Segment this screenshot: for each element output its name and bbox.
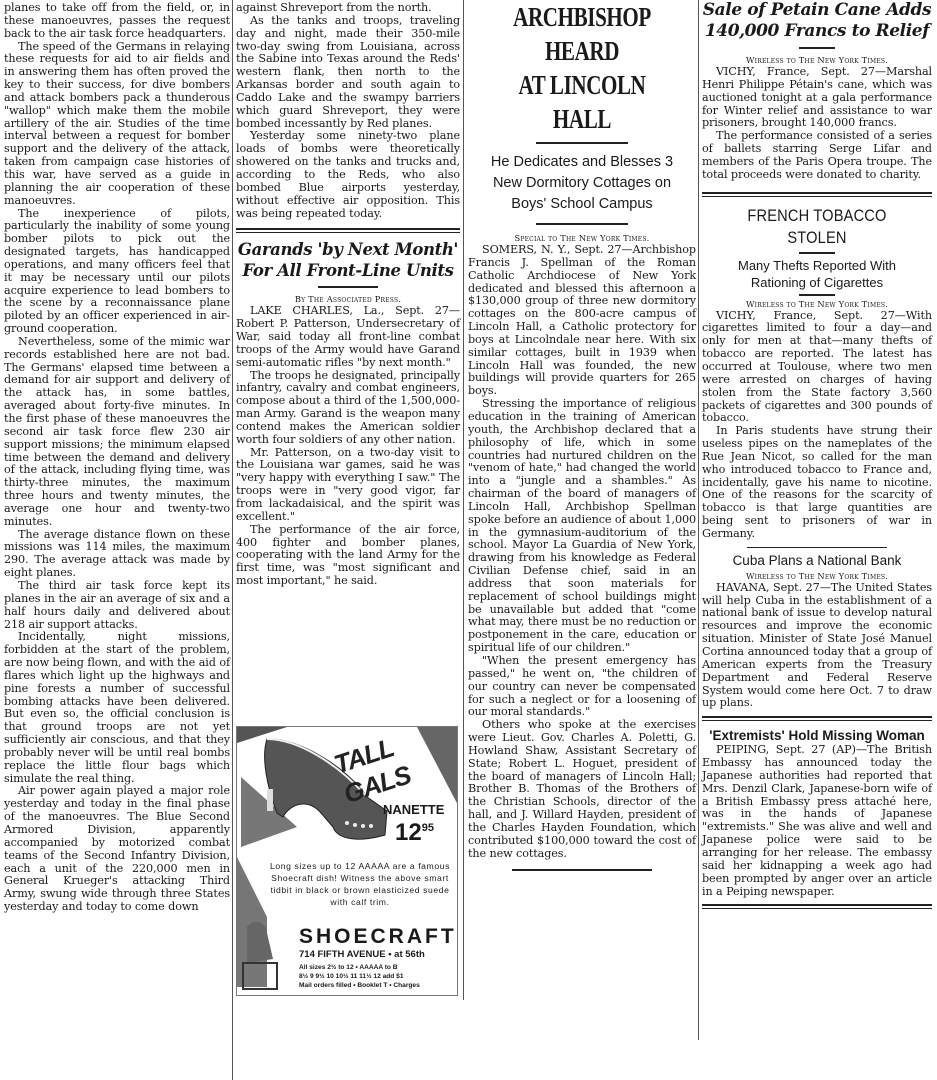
headline: AT LINCOLN HALL: [493, 68, 671, 136]
article-paragraph: Yesterday some ninety-two plane loads of…: [236, 130, 460, 220]
article-paragraph: Mr. Patterson, on a two-day visit to the…: [236, 447, 460, 524]
article-paragraph: VICHY, France, Sept. 27—With cigarettes …: [702, 310, 932, 426]
cuba-article: Cuba Plans a National Bank Wireless to T…: [702, 552, 932, 710]
byline: Wireless to The New York Times.: [702, 571, 932, 581]
deck: Boys' School Campus: [468, 194, 696, 215]
fine-print-line: 8½ 9 9½ 10 10½ 11 11½ 12 add $1: [299, 972, 455, 981]
continuation-article: against Shreveport from the north. As th…: [236, 2, 460, 220]
headline: For All Front-Line Units: [236, 260, 460, 281]
byline: Special to The New York Times.: [468, 233, 696, 243]
headline: Sale of Petain Cane Adds: [702, 0, 932, 21]
section-divider: [236, 228, 460, 233]
headline: FRENCH TOBACCO STOLEN: [718, 205, 916, 249]
section-divider: [702, 716, 932, 721]
article-paragraph: In Paris students have strung their usel…: [702, 425, 932, 541]
headline: Cuba Plans a National Bank: [702, 552, 932, 569]
article-paragraph: HAVANA, Sept. 27—The United States will …: [702, 582, 932, 710]
headline-rule: [799, 294, 835, 296]
article-paragraph: The troops he designated, principally in…: [236, 370, 460, 447]
headline: ARCHBISHOP HEARD: [493, 0, 671, 68]
headline-rule: [318, 286, 378, 288]
byline: Wireless to The New York Times.: [702, 55, 932, 65]
column-4: Sale of Petain Cane Adds 140,000 Francs …: [702, 0, 932, 915]
column-2: against Shreveport from the north. As th…: [236, 2, 460, 588]
headline: Garands 'by Next Month': [236, 239, 460, 260]
tobacco-article: FRENCH TOBACCO STOLEN Many Thefts Report…: [702, 205, 932, 541]
section-divider: [702, 192, 932, 197]
ad-copy: Long sizes up to 12 AAAAA are a famous S…: [267, 860, 453, 908]
article-paragraph: The average distance flown on these miss…: [4, 529, 230, 580]
ad-price: 1295: [395, 819, 434, 847]
column-rule: [698, 0, 699, 1040]
ad-brand: SHOECRAFT: [299, 925, 457, 949]
headline-rule: [799, 47, 835, 49]
article-paragraph: SOMERS, N. Y., Sept. 27—Archbishop Franc…: [468, 244, 696, 398]
deck: Many Thefts Reported With: [702, 257, 932, 274]
headline-rule: [536, 223, 628, 225]
article-paragraph: The performance of the air force, 400 fi…: [236, 524, 460, 588]
article-paragraph: As the tanks and troops, traveling day a…: [236, 15, 460, 131]
ad-fine-print: All sizes 2½ to 12 • AAAAA to B 8½ 9 9½ …: [299, 963, 455, 990]
price-dollars: 12: [395, 819, 422, 846]
column-1: planes to take off from the field, or, i…: [4, 2, 230, 914]
article-paragraph: Stressing the importance of religious ed…: [468, 398, 696, 655]
archbishop-article: ARCHBISHOP HEARD AT LINCOLN HALL He Dedi…: [468, 0, 696, 871]
article-paragraph: against Shreveport from the north.: [236, 2, 460, 15]
article-paragraph: LAKE CHARLES, La., Sept. 27—Robert P. Pa…: [236, 305, 460, 369]
headline: 140,000 Francs to Relief: [702, 21, 932, 42]
ad-model-name: NANETTE: [383, 802, 444, 817]
column-rule: [232, 0, 233, 1080]
ad-address: 714 FIFTH AVENUE • at 56th: [299, 949, 425, 960]
byline: By The Associated Press.: [236, 294, 460, 304]
garands-article: Garands 'by Next Month' For All Front-Li…: [236, 239, 460, 588]
article-paragraph: Nevertheless, some of the mimic war reco…: [4, 336, 230, 529]
column-3: ARCHBISHOP HEARD AT LINCOLN HALL He Dedi…: [468, 0, 696, 879]
headline-rule: [799, 252, 835, 254]
end-rule: [702, 904, 932, 909]
deck: New Dormitory Cottages on: [468, 173, 696, 194]
column-rule: [463, 0, 464, 1000]
headline-rule: [536, 142, 628, 144]
fine-print-line: Mail orders filled • Booklet T • Charges: [299, 981, 455, 990]
price-cents: 95: [422, 822, 434, 834]
article-paragraph: "When the present emergency has passed,"…: [468, 655, 696, 719]
deck: He Dedicates and Blesses 3: [468, 152, 696, 173]
extremists-article: 'Extremists' Hold Missing Woman PEIPING,…: [702, 727, 932, 898]
byline: Wireless to The New York Times.: [702, 299, 932, 309]
article-paragraph: VICHY, France, Sept. 27—Marshal Henri Ph…: [702, 66, 932, 130]
section-divider: [747, 547, 887, 548]
shoecraft-advertisement: TALL GALS NANETTE 1295 Long sizes up to …: [236, 726, 458, 996]
article-paragraph: Incidentally, night missions, forbidden …: [4, 631, 230, 785]
deck: Rationing of Cigarettes: [702, 274, 932, 291]
article-paragraph: The inexperience of pilots, particularly…: [4, 208, 230, 336]
fine-print-line: All sizes 2½ to 12 • AAAAA to B: [299, 963, 455, 972]
article-paragraph: PEIPING, Sept. 27 (AP)—The British Embas…: [702, 744, 932, 898]
headline: 'Extremists' Hold Missing Woman: [702, 727, 932, 744]
article-paragraph: Others who spoke at the exercises were L…: [468, 719, 696, 860]
article-paragraph: Air power again played a major role yest…: [4, 785, 230, 913]
petain-article: Sale of Petain Cane Adds 140,000 Francs …: [702, 0, 932, 182]
article-paragraph: planes to take off from the field, or, i…: [4, 2, 230, 41]
end-rule: [512, 869, 652, 871]
article-paragraph: The speed of the Germans in relaying the…: [4, 41, 230, 208]
article-paragraph: The performance consisted of a series of…: [702, 130, 932, 181]
article-paragraph: The third air task force kept its planes…: [4, 580, 230, 631]
